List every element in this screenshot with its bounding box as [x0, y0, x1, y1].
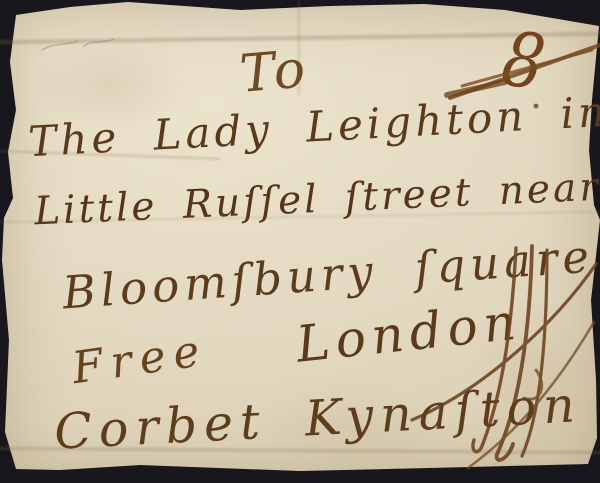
photograph-background: To 8 The Lady Leighton in Little Ruſſel … [0, 0, 600, 483]
salutation-script: To [238, 43, 310, 101]
